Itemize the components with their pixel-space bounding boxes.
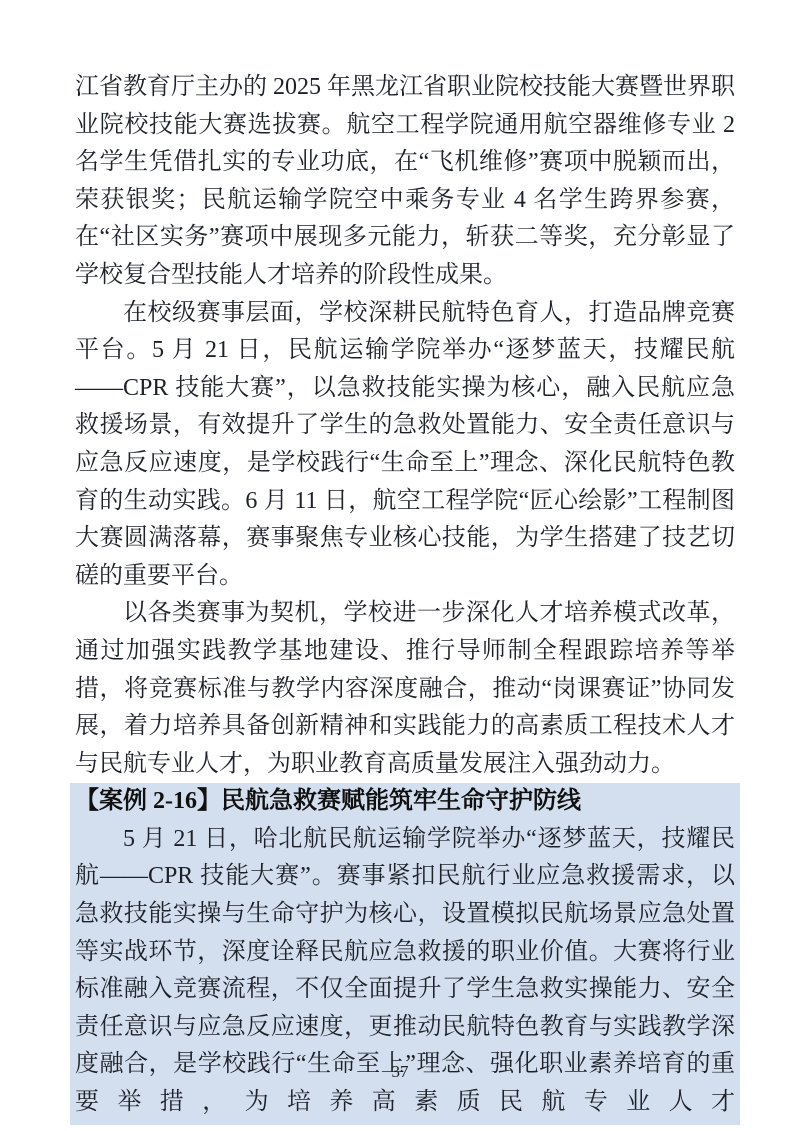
- document-page: 江省教育厅主办的 2025 年黑龙江省职业院校技能大赛暨世界职业院校技能大赛选拔…: [0, 0, 800, 1131]
- body-paragraph: 在校级赛事层面，学校深耕民航特色育人，打造品牌竞赛平台。5 月 21 日，民航运…: [75, 295, 735, 596]
- case-heading: 【案例 2-16】民航急救赛赋能筑牢生命守护防线: [75, 783, 735, 821]
- document-content: 江省教育厅主办的 2025 年黑龙江省职业院校技能大赛暨世界职业院校技能大赛选拔…: [75, 69, 735, 1125]
- page-number: 37: [0, 1060, 800, 1084]
- body-paragraph-continuation: 江省教育厅主办的 2025 年黑龙江省职业院校技能大赛暨世界职业院校技能大赛选拔…: [75, 69, 735, 295]
- body-paragraph: 以各类赛事为契机，学校进一步深化人才培养模式改革，通过加强实践教学基地建设、推行…: [75, 595, 735, 783]
